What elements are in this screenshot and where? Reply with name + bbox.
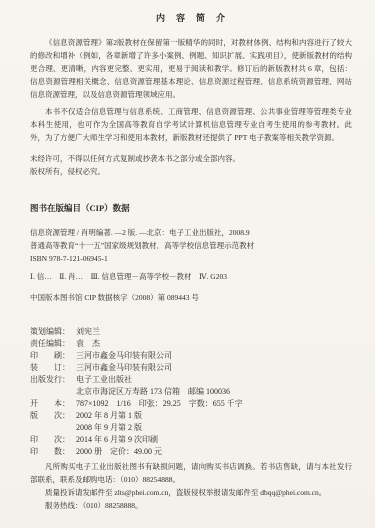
colophon-label: 责任编辑： [30, 338, 76, 350]
colophon-label: 开 本： [30, 398, 76, 410]
classification-line: Ⅰ. 信… Ⅱ. 肖… Ⅲ. 信息管理－高等学校－教材 Ⅳ. G203 [30, 270, 352, 283]
content-summary-title: 内 容 简 介 [30, 12, 352, 25]
colophon-row-responsible-editor: 责任编辑： 袁 杰 [30, 338, 352, 350]
colophon-value: 北京市海淀区万寿路 173 信箱 邮编 100036 [76, 386, 352, 398]
colophon-label: 印 刷： [30, 350, 76, 362]
colophon-row-edition: 版 次： 2002 年 8 月第 1 版 2008 年 9 月第 2 版 [30, 410, 352, 434]
colophon-value: 2014 年 6 月第 9 次印刷 [76, 434, 352, 446]
edition-line-1: 2002 年 8 月第 1 版 [76, 410, 352, 422]
cip-series-line: 普通高等教育“十一五”国家级规划教材．高等学校信息管理示范教材 [30, 239, 352, 252]
colophon-label: 印 次： [30, 434, 76, 446]
cip-heading: 图书在版编目（CIP）数据 [30, 202, 352, 215]
colophon-value: 2002 年 8 月第 1 版 2008 年 9 月第 2 版 [76, 410, 352, 434]
footer-complaint-emails: 质量投诉请发邮件至 zlts@phei.com.cn，盗版侵权举报请发邮件至 d… [30, 486, 352, 499]
colophon-label: 装 订： [30, 362, 76, 374]
colophon-value: 电子工业出版社 [76, 374, 352, 386]
colophon-label: 出版发行： [30, 374, 76, 386]
copyright-notice: 未经许可，不得以任何方式复制或抄袭本书之部分或全部内容。 版权所有，侵权必究。 [30, 148, 352, 178]
content-summary-section: 《信息资源管理》第2版教材在保留第一版精华的同时，对教材体例、结构和内容进行了较… [30, 36, 352, 144]
cip-record-line: 信息资源管理 / 肖明编著. —2 版. —北京：电子工业出版社，2008.9 [30, 226, 352, 239]
intro-paragraph-2: 本书不仅适合信息管理与信息系统、工商管理、信息资源管理、公共事业管理等管理类专业… [30, 105, 352, 144]
intro-paragraph-1: 《信息资源管理》第2版教材在保留第一版精华的同时，对教材体例、结构和内容进行了较… [30, 36, 352, 101]
colophon-value: 刘宪兰 [76, 326, 352, 338]
colophon-row-planning-editor: 策划编辑： 刘宪兰 [30, 326, 352, 338]
footer-exchange-note: 凡所购买电子工业出版社图书有缺损问题，请向购买书店调换。若书店售缺，请与本社发行… [30, 460, 352, 486]
colophon-value: 三河市鑫金马印装有限公司 [76, 362, 352, 374]
copyright-notice-line-2: 版权所有，侵权必究。 [30, 165, 352, 178]
copyright-notice-line-1: 未经许可，不得以任何方式复制或抄袭本书之部分或全部内容。 [30, 152, 352, 165]
isbn-line: ISBN 978-7-121-06945-1 [30, 252, 352, 265]
cip-record-block: 信息资源管理 / 肖明编著. —2 版. —北京：电子工业出版社，2008.9 … [30, 226, 352, 265]
colophon-label: 印 数： [30, 446, 76, 458]
publisher-contact-block: 凡所购买电子工业出版社图书有缺损问题，请向购买书店调换。若书店售缺，请与本社发行… [30, 460, 352, 512]
cip-registration-line: 中国版本图书馆 CIP 数据核字（2008）第 089443 号 [30, 291, 352, 304]
footer-service-hotline: 服务热线：（010）88258888。 [30, 499, 352, 512]
colophon-row-publisher-address: 北京市海淀区万寿路 173 信箱 邮编 100036 [30, 386, 352, 398]
colophon-value: 787×1092 1/16 印张：29.25 字数：655 千字 [76, 398, 352, 410]
colophon-row-printing: 印 次： 2014 年 6 月第 9 次印刷 [30, 434, 352, 446]
colophon-label: 版 次： [30, 410, 76, 434]
colophon-value: 袁 杰 [76, 338, 352, 350]
colophon-row-print-run-price: 印 数： 2000 册 定价：49.00 元 [30, 446, 352, 458]
colophon-value: 2000 册 定价：49.00 元 [76, 446, 352, 458]
colophon-row-publisher: 出版发行： 电子工业出版社 [30, 374, 352, 386]
colophon-row-format: 开 本： 787×1092 1/16 印张：29.25 字数：655 千字 [30, 398, 352, 410]
scanned-book-copyright-page: 内 容 简 介 《信息资源管理》第2版教材在保留第一版精华的同时，对教材体例、结… [0, 0, 375, 528]
colophon-value: 三河市鑫金马印装有限公司 [76, 350, 352, 362]
colophon-label [30, 386, 76, 398]
colophon-row-binder: 装 订： 三河市鑫金马印装有限公司 [30, 362, 352, 374]
colophon-label: 策划编辑： [30, 326, 76, 338]
colophon-block: 策划编辑： 刘宪兰 责任编辑： 袁 杰 印 刷： 三河市鑫金马印装有限公司 装 … [30, 326, 352, 458]
colophon-row-printer: 印 刷： 三河市鑫金马印装有限公司 [30, 350, 352, 362]
edition-line-2: 2008 年 9 月第 2 版 [76, 422, 352, 434]
